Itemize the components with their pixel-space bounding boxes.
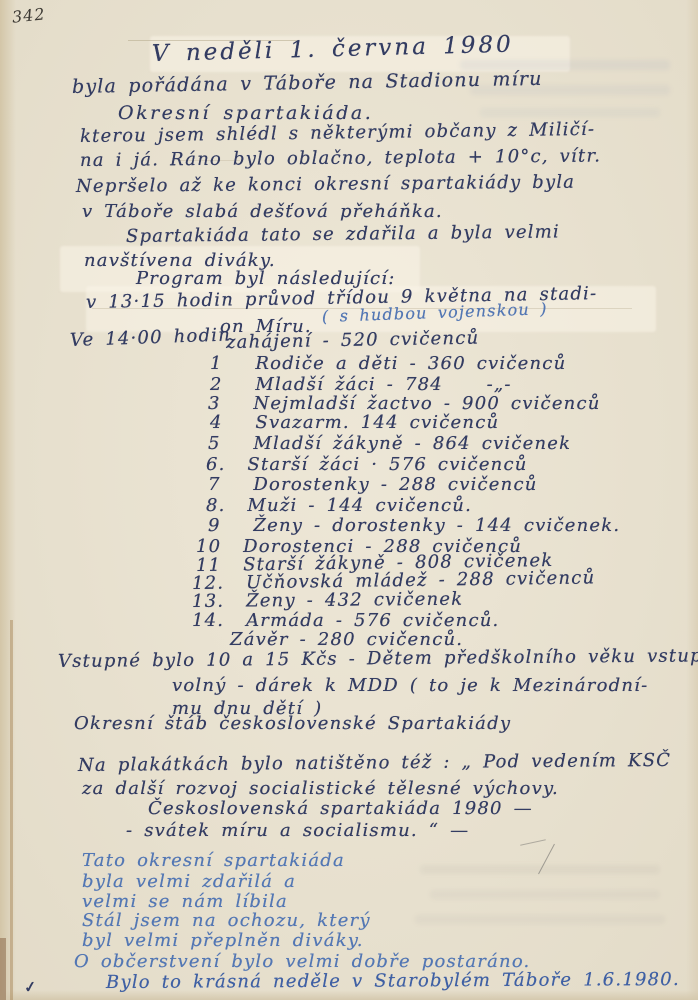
handwritten-line: na i já. Ráno bylo oblačno, teplota + 10… — [80, 146, 601, 170]
handwritten-line: 5 Mladší žákyně - 864 cvičenek — [208, 434, 571, 454]
handwritten-line: Vstupné bylo 10 a 15 Kčs - Dětem předško… — [58, 646, 698, 671]
ink-bleed-ghost — [415, 915, 665, 924]
handwritten-line: Na plakátkách bylo natištěno též : „ Pod… — [78, 751, 671, 776]
handwritten-line: 3 Nejmladší žactvo - 900 cvičenců — [208, 394, 601, 414]
handwritten-line: 1 Rodiče a děti - 360 cvičenců — [210, 354, 566, 374]
handwritten-line: Okresní štáb československé Spartakiády — [74, 714, 511, 734]
checkmark: ✓ — [23, 977, 38, 997]
ink-bleed-ghost — [430, 890, 660, 899]
handwritten-line: zahájení - 520 cvičenců — [226, 329, 480, 353]
handwritten-line: - svátek míru a socialismu. “ — — [126, 821, 469, 841]
handwritten-line: za další rozvoj socialistické tělesné vý… — [82, 779, 559, 799]
page-right-edge — [686, 0, 698, 1000]
handwritten-line: Program byl následující: — [136, 269, 396, 289]
handwritten-line: O občerstvení bylo velmi dobře postaráno… — [74, 952, 530, 972]
handwritten-line: 13. Ženy - 432 cvičenek — [192, 590, 463, 612]
handwritten-line: Československá spartakiáda 1980 — — [148, 799, 533, 819]
handwritten-line: 2 Mladší žáci - 784 -„- — [210, 375, 512, 395]
handwritten-line: Ve 14·00 hodin — [70, 325, 232, 350]
handwritten-line: 14. Armáda - 576 cvičenců. — [192, 611, 499, 631]
handwritten-line: Bylo to krásná neděle v Starobylém Táboř… — [106, 970, 680, 993]
handwritten-line: Tato okresní spartakiáda — [82, 851, 345, 871]
handwritten-line: Stál jsem na ochozu, který — [82, 911, 371, 931]
binding-crease — [10, 620, 13, 1000]
handwritten-line: Nepršelo až ke konci okresní spartakiády… — [76, 173, 575, 197]
ink-bleed-ghost — [480, 108, 660, 117]
handwritten-line: v Táboře slabá dešťová přeháňka. — [82, 202, 443, 222]
page-left-edge — [0, 0, 16, 1000]
handwritten-line: velmi se nám líbila — [82, 892, 288, 912]
handwritten-line: Spartakiáda tato se zdařila a byla velmi — [126, 222, 560, 246]
chronicle-page: 342 ✓ V neděli 1. června 1980byla pořádá… — [0, 0, 698, 1000]
page-number: 342 — [11, 4, 46, 26]
binding-corner — [0, 938, 6, 1000]
handwritten-line: byla velmi zdařilá a — [82, 872, 296, 892]
handwritten-line: 9 Ženy - dorostenky - 144 cvičenek. — [208, 516, 620, 536]
handwritten-line: 4 Svazarm. 144 cvičenců — [210, 413, 499, 433]
handwritten-line: volný - dárek k MDD ( to je k Mezinárodn… — [172, 676, 648, 696]
handwritten-line: 6. Starší žáci · 576 cvičenců — [206, 455, 528, 475]
handwritten-line: byl velmi přeplněn diváky. — [82, 931, 364, 951]
handwritten-line: 8. Muži - 144 cvičenců. — [206, 496, 472, 516]
handwritten-line: 7 Dorostenky - 288 cvičenců — [208, 475, 538, 495]
paper-scratch — [520, 839, 546, 845]
handwritten-line: Okresní spartakiáda. — [118, 103, 373, 124]
